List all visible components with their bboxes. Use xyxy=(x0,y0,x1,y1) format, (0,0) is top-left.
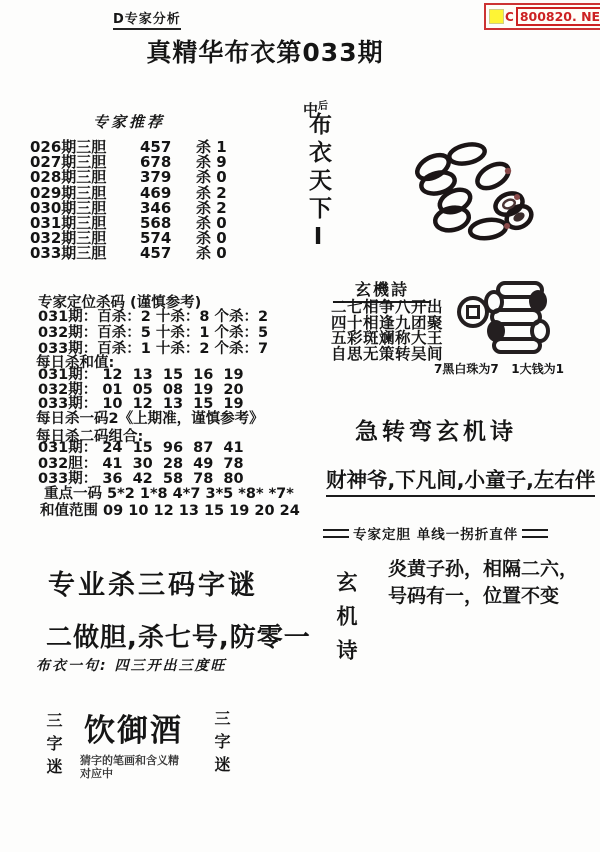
header-tag: D专家分析 xyxy=(113,8,181,30)
riddle-caption-line1: 猜字的笔画和含义精 xyxy=(80,754,179,767)
bead-figure-caption: 7黑白珠为7 1大钱为1 xyxy=(434,360,564,377)
killpos-rows: 031期：百杀：2 十杀：8 个杀：2 032期：百杀：5 十杀：1 个杀：5 … xyxy=(38,309,268,357)
list-item: 031期： 12 13 15 16 19 xyxy=(38,368,244,383)
poem-line: 炎黄子孙，相隔二六， xyxy=(388,556,578,583)
dan-cell: 457 xyxy=(140,246,196,261)
divider-line-right xyxy=(522,529,548,538)
coin-icon xyxy=(459,298,487,326)
three-char-label-left: 三字迷 xyxy=(42,712,65,781)
trend-table: 026期三胆457杀 1 027期三胆678杀 9 028期三胆379杀 0 0… xyxy=(30,140,262,262)
xuanji2-vertical-title: 玄机诗 xyxy=(331,571,361,673)
period-cell: 033期三胆 xyxy=(30,246,140,261)
three-char-riddle-answer: 饮御酒 xyxy=(84,705,183,750)
jizhuan-line: 财神爷,下凡间,小童子,左右伴 xyxy=(326,463,595,497)
page-title: 真精华布衣第033期 xyxy=(0,33,530,69)
ring-doodle-drawing xyxy=(405,140,535,245)
list-item: 032期：百杀：5 十杀：1 个杀：5 xyxy=(38,325,268,341)
list-item: 032胆： 41 30 28 49 78 xyxy=(38,457,244,473)
sum-range-line: 和值范围 09 10 12 13 15 19 20 24 xyxy=(40,499,300,520)
kill-cell: 杀 0 xyxy=(196,246,227,261)
xuanji2-lines: 炎黄子孙，相隔二六， 号码有一，位置不变 xyxy=(388,556,578,610)
buyi-sentence: 布衣一句: 四三开出三度旺 xyxy=(36,655,226,675)
masthead-vertical-title: 布衣天下Ⅰ xyxy=(302,112,335,255)
three-char-label-right: 三字迷 xyxy=(210,710,233,779)
list-item: 032期： 01 05 08 19 20 xyxy=(38,383,244,398)
bead-digit-drawing xyxy=(456,279,556,357)
poem-line: 自思无策转吴间 xyxy=(331,347,443,363)
jizhuan-title: 急转弯玄机诗 xyxy=(355,413,517,446)
table-row: 033期三胆457杀 0 xyxy=(30,246,262,261)
divider-line-left xyxy=(323,529,349,538)
poem-line: 号码有一，位置不变 xyxy=(388,583,578,610)
list-item: 031期： 24 15 96 87 41 xyxy=(38,441,244,457)
killsum-rows: 031期： 12 13 15 16 19 032期： 01 05 08 19 2… xyxy=(38,368,244,412)
killtwo-rows: 031期： 24 15 96 87 41 032胆： 41 30 28 49 7… xyxy=(38,441,244,488)
expert-dan-divider: 专家定胆 单线一拐折直伴 xyxy=(323,523,548,543)
badge-logo-glyph: C xyxy=(505,11,514,23)
list-item: 031期：百杀：2 十杀：8 个杀：2 xyxy=(38,309,268,325)
expert-dan-text: 专家定胆 单线一拐折直伴 xyxy=(353,523,518,543)
riddle-caption-line2: 对应中 xyxy=(80,767,179,780)
yellow-square-icon xyxy=(489,9,504,24)
riddle-caption: 猜字的笔画和含义精 对应中 xyxy=(80,754,179,780)
riddle-line: 二做胆,杀七号,防零一 xyxy=(46,617,311,654)
masthead-char-hou: 后 xyxy=(318,101,328,112)
scanned-lottery-sheet: D专家分析 真精华布衣第033期 C 800820. NET 专家推荐 026期… xyxy=(0,0,600,852)
badge-site-text: 800820. NET xyxy=(516,7,600,26)
trend-section-title: 专家推荐 xyxy=(93,111,165,132)
riddle-title: 专业杀三码字谜 xyxy=(48,563,258,602)
site-badge: C 800820. NET xyxy=(484,3,600,30)
xuanji-poem-lines: 二七相争八开出 四十相逢九团聚 五彩斑斓称大王 自思无策转吴间 xyxy=(331,300,443,362)
